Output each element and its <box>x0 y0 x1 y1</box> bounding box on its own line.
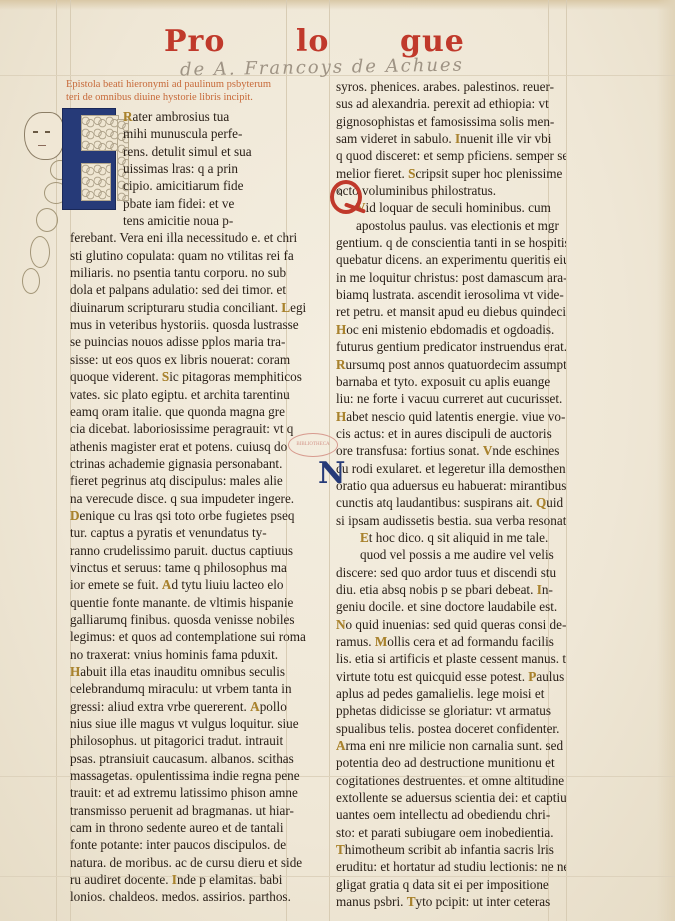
text-line: sto: et parati subiugare oem inobedienti… <box>336 824 566 841</box>
text-segment: pollo <box>260 699 287 714</box>
text-segment: si ipsam audissetis bestia. sua verba re… <box>336 513 566 528</box>
text-line: ctrinas achademie gignasia personabant. <box>70 455 310 472</box>
text-segment: quentie fonte manante. de vltimis hispan… <box>70 595 293 610</box>
text-line: nius siue ille magus vt vulgus loquitur.… <box>70 715 310 732</box>
text-segment: oratio qua aduersus eu habuerat: miranti… <box>336 478 566 493</box>
text-segment: nius siue ille magus vt vulgus loquitur.… <box>70 716 299 731</box>
text-line: diu. etia absq nobis p se pbari debeat. … <box>336 581 566 598</box>
text-segment: cu rodi exularet. et legeretur illa demo… <box>336 461 566 476</box>
text-segment: apostolus paulus. vas electionis et mgr <box>356 218 559 233</box>
text-line: ior emete se fuit. Ad tytu liuiu lacteo … <box>70 576 310 593</box>
manuscript-page: Pro lo gue de A. Francoys de Achues Epis… <box>0 0 675 921</box>
text-segment: pbate iam fidei: et ve <box>123 196 234 211</box>
text-line: trauit: et ad extremu latissimo phison a… <box>70 784 310 801</box>
gilded-capital: V <box>483 443 493 458</box>
text-segment: pphetas didicisse se gloriatur: vt armat… <box>336 703 551 718</box>
text-segment: syros. phenices. arabes. palestinos. reu… <box>336 79 554 94</box>
text-segment: uantes oem intellectu ad obediendu chri- <box>336 807 550 822</box>
text-line: spualibus telis. postea doceret confiden… <box>336 720 566 737</box>
text-segment: lis. etia si artificis et plaste cessent… <box>336 651 566 666</box>
text-segment: ursumq post annos quatuordecim assumpto <box>346 357 566 372</box>
scroll-ornament-icon <box>30 236 50 268</box>
text-column-left: Rater ambrosius tuamihi munuscula perfe-… <box>70 108 310 906</box>
text-segment: yto pcipit: ut inter ceteras <box>416 894 551 909</box>
text-segment: massagetas. opulentissima indie regna pe… <box>70 768 300 783</box>
text-segment: gressi: aliud extra vrbe quererent. <box>70 699 250 714</box>
text-line: cu rodi exularet. et legeretur illa demo… <box>336 460 566 477</box>
rubric-line: teri de omnibus diuine hystorie libris i… <box>66 91 306 104</box>
text-line: Denique cu lras qsi toto orbe fugietes p… <box>70 507 310 524</box>
text-segment: cia dicebat. laboriosissime peragrauit: … <box>70 421 293 436</box>
text-line: Hoc eni mistenio ebdomadis et ogdoadis. <box>336 321 566 338</box>
text-segment: ramus. <box>336 634 375 649</box>
text-line: oratio qua aduersus eu habuerat: miranti… <box>336 477 566 494</box>
text-segment: abet nescio quid latentis energie. viue … <box>346 409 565 424</box>
guide-letter: q <box>338 186 343 196</box>
text-line: uantes oem intellectu ad obediendu chri- <box>336 806 566 823</box>
text-line: eamq oram italie. que quonda magna gre <box>70 403 310 420</box>
text-segment: ctrinas achademie gignasia personabant. <box>70 456 282 471</box>
text-line: ore transfusa: fortius sonat. Vnde eschi… <box>336 442 566 459</box>
text-segment: enique cu lras qsi toto orbe fugietes ps… <box>80 508 295 523</box>
text-line: transmisso peruenit ad bragmanas. ut hia… <box>70 802 310 819</box>
text-segment: vinctus et seruus: tame q philosophus ma <box>70 560 287 575</box>
text-line: galliarumq finibus. quosda venisse nobil… <box>70 611 310 628</box>
text-segment: cipio. amicitiarum fide <box>123 178 243 193</box>
text-segment: virtute totu est quicquid esse potest. <box>336 669 528 684</box>
text-segment: rens. detulit simul et sua <box>123 144 252 159</box>
text-segment: quoque viderent. <box>70 369 162 384</box>
text-segment: cogitationes destruentes. et omne altitu… <box>336 773 564 788</box>
text-segment: ior emete se fuit. <box>70 577 162 592</box>
scroll-ornament-icon <box>22 268 40 294</box>
text-segment: nde eschines <box>492 443 559 458</box>
gilded-capital: A <box>250 699 260 714</box>
rubric-incipit: Epistola beati hieronymi ad paulinum psb… <box>66 78 306 104</box>
text-segment: rma eni nre milicie non carnalia sunt. s… <box>346 738 564 753</box>
text-segment: lonios. chaldeos. medos. assirios. parth… <box>70 889 291 904</box>
text-line: mus in veteribus hystoriis. quosda lustr… <box>70 316 310 333</box>
gilded-capital: L <box>281 300 290 315</box>
text-segment: trauit: et ad extremu latissimo phison a… <box>70 785 298 800</box>
text-line: virtute totu est quicquid esse potest. P… <box>336 668 566 685</box>
text-segment: himotheum scribit ab infantia sacris lri… <box>345 842 554 857</box>
text-segment: aplus ad pedes gamalielis. lege moisi et <box>336 686 544 701</box>
text-line: biamq lustrata. ascendit ierosolima vt v… <box>336 286 566 303</box>
text-segment: sti glutino copulata: quam no vtilitas r… <box>70 248 294 263</box>
text-segment: potentia deo ad destructione munitionu e… <box>336 755 555 770</box>
text-line: cunctis atq laudantibus: suspirans ait. … <box>336 494 566 511</box>
text-line: quod vel possis a me audire vel velis <box>336 546 566 563</box>
gilded-capital: M <box>375 634 387 649</box>
owner-signature: de A. Francoys de Achues <box>180 55 464 81</box>
text-segment: tur. captus a pyratis et venundatus ty- <box>70 525 267 540</box>
text-segment: ore transfusa: fortius sonat. <box>336 443 483 458</box>
text-segment: vates. sic plato egiptu. et archita tare… <box>70 387 290 402</box>
text-line: Vid loquar de seculi hominibus. cum <box>336 199 566 216</box>
text-line: pphetas didicisse se gloriatur: vt armat… <box>336 702 566 719</box>
text-segment: uissimas lras: q a prin <box>123 161 238 176</box>
text-line: no traxerat: vnius hominis fama pduxit. <box>70 646 310 663</box>
text-line: futurus gentium predicator instruendus e… <box>336 338 566 355</box>
text-line: Rater ambrosius tua <box>70 108 310 125</box>
gilded-capital: R <box>123 109 133 124</box>
text-segment: ret petru. et mansit apud eu diebus quin… <box>336 304 566 319</box>
text-segment: d tytu liuiu lacteo elo <box>171 577 283 592</box>
text-line: apostolus paulus. vas electionis et mgr <box>336 217 566 234</box>
text-line: uissimas lras: q a prin <box>70 160 310 177</box>
text-line: athenis magister erat et potens. cuiusq … <box>70 438 310 455</box>
title-word-1: Pro <box>164 24 225 59</box>
text-segment: extollente se aduersus scientia dei: et … <box>336 790 566 805</box>
text-segment: no traxerat: vnius hominis fama pduxit. <box>70 647 278 662</box>
text-line: ranno crudelissimo paruit. ductus captiu… <box>70 542 310 559</box>
text-line: ret petru. et mansit apud eu diebus quin… <box>336 303 566 320</box>
gilded-capital: T <box>336 842 345 857</box>
text-segment: sus ad alexandria. perexit ad ethiopia: … <box>336 96 549 111</box>
text-line: lonios. chaldeos. medos. assirios. parth… <box>70 888 310 905</box>
text-line: cipio. amicitiarum fide <box>70 177 310 194</box>
text-segment: melior fieret. <box>336 166 408 181</box>
text-segment: ru audiret docente. <box>70 872 172 887</box>
ruling-line <box>566 0 567 921</box>
text-segment: gligat gratia q data sit ei per impositi… <box>336 877 549 892</box>
text-line: potentia deo ad destructione munitionu e… <box>336 754 566 771</box>
text-line: philosophus. ut pitagorici tradut. intra… <box>70 732 310 749</box>
text-segment: ic pitagoras memphiticos <box>169 369 302 384</box>
text-line: liu: ne forte i vacuu curreret aut cucur… <box>336 390 566 407</box>
text-segment: nuenit ille vir vbi <box>460 131 551 146</box>
text-segment: natura. de moribus. ac de cursu dieru et… <box>70 855 302 870</box>
text-segment: oc eni mistenio ebdomadis et ogdoadis. <box>346 322 554 337</box>
text-line: fonte potante: inter paucos discipulos. … <box>70 836 310 853</box>
gilded-capital: T <box>407 894 416 909</box>
text-line: cis actus: et in aures discipuli de auct… <box>336 425 566 442</box>
text-line: fieret pegrinus atq discipulus: males al… <box>70 472 310 489</box>
text-segment: barnaba et tyto. exposuit cu aplis euang… <box>336 374 550 389</box>
text-segment: miliaris. no psentia tantu corporu. no s… <box>70 265 286 280</box>
text-segment: cunctis atq laudantibus: suspirans ait. <box>336 495 536 510</box>
text-line: Thimotheum scribit ab infantia sacris lr… <box>336 841 566 858</box>
text-line: diuinarum scripturaru studia conciliant.… <box>70 299 310 316</box>
text-line: si ipsam audissetis bestia. sua verba re… <box>336 512 566 529</box>
text-line: eruditu: et hortatur ad studiu lectionis… <box>336 858 566 875</box>
text-line: barnaba et tyto. exposuit cu aplis euang… <box>336 373 566 390</box>
text-segment: celebrandumq miraculu: ut vrbem tanta in <box>70 681 292 696</box>
text-line: ramus. Mollis cera et ad formandu facili… <box>336 633 566 650</box>
text-segment: legimus: et quos ad contemplatione sui r… <box>70 629 306 644</box>
text-line: sam videret in sabulo. Inuenit ille vir … <box>336 130 566 147</box>
text-line: gressi: aliud extra vrbe quererent. Apol… <box>70 698 310 715</box>
text-line: vinctus et seruus: tame q philosophus ma <box>70 559 310 576</box>
text-segment: n- <box>542 582 553 597</box>
text-segment: tens amicitie noua p- <box>123 213 233 228</box>
text-line: tens amicitie noua p- <box>70 212 310 229</box>
text-segment: aulus <box>536 669 564 684</box>
text-line: aplus ad pedes gamalielis. lege moisi et <box>336 685 566 702</box>
text-line: celebrandumq miraculu: ut vrbem tanta in <box>70 680 310 697</box>
text-segment: diu. etia absq nobis p se pbari debeat. <box>336 582 537 597</box>
text-segment: sam videret in sabulo. <box>336 131 455 146</box>
text-segment: ranno crudelissimo paruit. ductus captiu… <box>70 543 293 558</box>
text-line: cam in throno sedente aureo et de tantal… <box>70 819 310 836</box>
historiated-face-icon <box>24 112 64 160</box>
gilded-capital: H <box>336 322 346 337</box>
text-line: discere: sed quo ardor tuus et discendi … <box>336 564 566 581</box>
text-line: se puincias nouos adisse pplos maria tra… <box>70 333 310 350</box>
text-line: rens. detulit simul et sua <box>70 143 310 160</box>
text-line: psas. ptransiuit caucasum. albanos. scit… <box>70 750 310 767</box>
text-segment: fieret pegrinus atq discipulus: males al… <box>70 473 283 488</box>
text-segment: o quid inuenias: sed quid queras consi d… <box>346 617 566 632</box>
text-segment: ollis cera et ad formandu facilis <box>387 634 554 649</box>
text-line: natura. de moribus. ac de cursu dieru et… <box>70 854 310 871</box>
text-segment: gentium. q de conscientia tanti in se ho… <box>336 235 566 250</box>
text-segment: liu: ne forte i vacuu curreret aut cucur… <box>336 391 562 406</box>
text-line: Habet nescio quid latentis energie. viue… <box>336 408 566 425</box>
text-line: geniu docile. et sine doctore laudabile … <box>336 598 566 615</box>
initial-n-icon: N <box>318 462 340 486</box>
library-stamp: BIBLIOTHECA <box>288 433 338 457</box>
text-line: sti glutino copulata: quam no vtilitas r… <box>70 247 310 264</box>
text-segment: cam in throno sedente aureo et de tantal… <box>70 820 283 835</box>
text-line: sisse: ut eos quos ex libris nouerat: co… <box>70 351 310 368</box>
text-segment: transmisso peruenit ad bragmanas. ut hia… <box>70 803 294 818</box>
text-segment: id loquar de seculi hominibus. cum <box>366 200 551 215</box>
text-line: quentie fonte manante. de vltimis hispan… <box>70 594 310 611</box>
text-line: octo voluminibus philostratus. <box>336 182 566 199</box>
text-segment: galliarumq finibus. quosda venisse nobil… <box>70 612 295 627</box>
text-line: manus psbri. Tyto pcipit: ut inter ceter… <box>336 893 566 910</box>
text-line: gligat gratia q data sit ei per impositi… <box>336 876 566 893</box>
text-line: massagetas. opulentissima indie regna pe… <box>70 767 310 784</box>
text-line: in me loquitur christus: post damascum a… <box>336 269 566 286</box>
scroll-ornament-icon <box>36 208 58 232</box>
text-line: dola et palpans adulatio: sed dei timor.… <box>70 281 310 298</box>
text-segment: diuinarum scripturaru studia conciliant. <box>70 300 281 315</box>
text-segment: ater ambrosius tua <box>133 109 230 124</box>
text-line: q quod disceret: et semp pficiens. sempe… <box>336 147 566 164</box>
text-segment: mihi munuscula perfe- <box>123 126 242 141</box>
text-segment: mus in veteribus hystoriis. quosda lustr… <box>70 317 299 332</box>
text-segment: quod vel possis a me audire vel velis <box>360 547 554 562</box>
text-line: quoque viderent. Sic pitagoras memphitic… <box>70 368 310 385</box>
text-segment: t hoc dico. q sit aliquid in me tale. <box>369 530 548 545</box>
text-line: vates. sic plato egiptu. et archita tare… <box>70 386 310 403</box>
text-segment: geniu docile. et sine doctore laudabile … <box>336 599 557 614</box>
text-line: quebatur dicens. an experimentu queritis… <box>336 251 566 268</box>
initial-q-icon: q <box>330 180 362 214</box>
text-segment: nde p elamitas. babi <box>177 872 282 887</box>
text-line: pbate iam fidei: et ve <box>70 195 310 212</box>
text-segment: dola et palpans adulatio: sed dei timor.… <box>70 282 286 297</box>
text-segment: sisse: ut eos quos ex libris nouerat: co… <box>70 352 290 367</box>
text-line: ferebant. Vera eni illa necessitudo e. e… <box>70 229 310 246</box>
text-line: na verecude disce. q sua impudeter inger… <box>70 490 310 507</box>
gilded-capital: D <box>70 508 80 523</box>
text-line: sus ad alexandria. perexit ad ethiopia: … <box>336 95 566 112</box>
text-line: No quid inuenias: sed quid queras consi … <box>336 616 566 633</box>
text-line: cia dicebat. laboriosissime peragrauit: … <box>70 420 310 437</box>
text-line: Rursumq post annos quatuordecim assumpto <box>336 356 566 373</box>
text-segment: philosophus. ut pitagorici tradut. intra… <box>70 733 283 748</box>
page-stain-top <box>0 0 675 10</box>
text-segment: fonte potante: inter paucos discipulos. … <box>70 837 286 852</box>
text-segment: cripsit super hoc plenissime <box>415 166 562 181</box>
gilded-capital: E <box>360 530 369 545</box>
text-segment: ferebant. Vera eni illa necessitudo e. e… <box>70 230 297 245</box>
text-segment: biamq lustrata. ascendit ierosolima vt v… <box>336 287 564 302</box>
text-segment: spualibus telis. postea doceret confiden… <box>336 721 559 736</box>
text-line: extollente se aduersus scientia dei: et … <box>336 789 566 806</box>
text-line: mihi munuscula perfe- <box>70 125 310 142</box>
text-line: tur. captus a pyratis et venundatus ty- <box>70 524 310 541</box>
text-column-right: syros. phenices. arabes. palestinos. reu… <box>336 78 566 911</box>
gilded-capital: H <box>70 664 80 679</box>
page-stain-right <box>657 0 675 921</box>
text-line: gignosophistas et famosissima solis men- <box>336 113 566 130</box>
text-segment: gignosophistas et famosissima solis men- <box>336 114 554 129</box>
text-line: cogitationes destruentes. et omne altitu… <box>336 772 566 789</box>
text-segment: na verecude disce. q sua impudeter inger… <box>70 491 294 506</box>
gilded-capital: A <box>336 738 346 753</box>
title-word-2: lo <box>296 24 329 59</box>
text-segment: sto: et parati subiugare oem inobedienti… <box>336 825 554 840</box>
text-segment: q quod disceret: et semp pficiens. sempe… <box>336 148 566 163</box>
text-segment: quebatur dicens. an experimentu queritis… <box>336 252 566 267</box>
text-line: Habuit illa etas inauditu omnibus seculi… <box>70 663 310 680</box>
text-segment: manus psbri. <box>336 894 407 909</box>
text-segment: eruditu: et hortatur ad studiu lectionis… <box>336 859 566 874</box>
gilded-capital: H <box>336 409 346 424</box>
text-line: Et hoc dico. q sit aliquid in me tale. <box>336 529 566 546</box>
text-segment: futurus gentium predicator instruendus e… <box>336 339 566 354</box>
rubric-line: Epistola beati hieronymi ad paulinum psb… <box>66 78 306 91</box>
gilded-capital: Q <box>536 495 546 510</box>
text-segment: in me loquitur christus: post damascum a… <box>336 270 566 285</box>
text-segment: discere: sed quo ardor tuus et discendi … <box>336 565 556 580</box>
text-segment: psas. ptransiuit caucasum. albanos. scit… <box>70 751 294 766</box>
text-line: syros. phenices. arabes. palestinos. reu… <box>336 78 566 95</box>
text-segment: eamq oram italie. que quonda magna gre <box>70 404 285 419</box>
text-line: gentium. q de conscientia tanti in se ho… <box>336 234 566 251</box>
text-segment: athenis magister erat et potens. cuiusq … <box>70 439 287 454</box>
gilded-capital: N <box>336 617 346 632</box>
text-line: ru audiret docente. Inde p elamitas. bab… <box>70 871 310 888</box>
gilded-capital: R <box>336 357 346 372</box>
text-line: miliaris. no psentia tantu corporu. no s… <box>70 264 310 281</box>
text-segment: se puincias nouos adisse pplos maria tra… <box>70 334 285 349</box>
text-line: melior fieret. Scripsit super hoc plenis… <box>336 165 566 182</box>
text-segment: cis actus: et in aures discipuli de auct… <box>336 426 552 441</box>
text-segment: egi <box>290 300 306 315</box>
text-line: lis. etia si artificis et plaste cessent… <box>336 650 566 667</box>
text-line: legimus: et quos ad contemplatione sui r… <box>70 628 310 645</box>
text-segment: uid <box>546 495 563 510</box>
text-segment: abuit illa etas inauditu omnibus seculis <box>80 664 285 679</box>
text-line: Arma eni nre milicie non carnalia sunt. … <box>336 737 566 754</box>
